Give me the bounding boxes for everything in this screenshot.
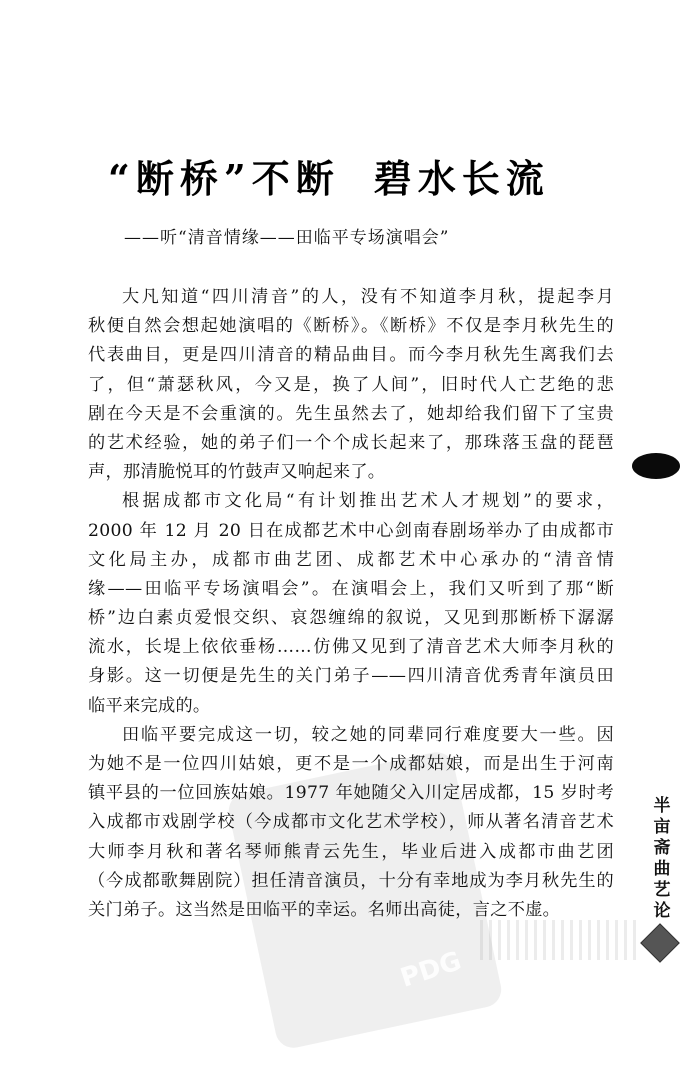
text-line: 为她不是一位四川姑娘，更不是一个成都姑娘，而是出生于河南 — [88, 750, 614, 779]
text-line: 2000 年 12 月 20 日在成都艺术中心剑南春剧场举办了由成都市 — [88, 517, 614, 546]
running-title-char: 论 — [648, 901, 676, 922]
text-line: 大凡知道“四川清音”的人，没有不知道李月秋，提起李月 — [88, 283, 614, 312]
text-line: 声，那清脆悦耳的竹鼓声又响起来了。 — [88, 458, 614, 487]
chapter-tab-marker — [632, 453, 680, 479]
text-line: 镇平县的一位回族姑娘。1977 年她随父入川定居成都，15 岁时考 — [88, 779, 614, 808]
text-line: 了，但“萧瑟秋风，今又是，换了人间”，旧时代人亡艺绝的悲 — [88, 371, 614, 400]
article-subtitle: ——听“清音情缘——田临平专场演唱会” — [124, 223, 449, 248]
text-line: 缘——田临平专场演唱会”。在演唱会上，我们又听到了那“断 — [88, 575, 614, 604]
article-title: “断桥”不断碧水长流 — [108, 148, 568, 203]
text-line: 桥”边白素贞爱恨交织、哀怨缠绵的叙说，又见到那断桥下潺潺 — [88, 604, 614, 633]
text-line: 剧在今天是不会重演的。先生虽然去了，她却给我们留下了宝贵 — [88, 400, 614, 429]
text-line: 的艺术经验，她的弟子们一个个成长起来了，那珠落玉盘的琵琶 — [88, 429, 614, 458]
scan-noise — [480, 920, 640, 960]
text-line: 秋便自然会想起她演唱的《断桥》。《断桥》不仅是李月秋先生的 — [88, 312, 614, 341]
running-title-vertical: 半 亩 斋 曲 艺 论 — [648, 796, 676, 922]
running-title-char: 半 — [648, 796, 676, 817]
text-line: 流水，长堤上依依垂杨……仿佛又见到了清音艺术大师李月秋的 — [88, 633, 614, 662]
text-line: 文化局主办，成都市曲艺团、成都艺术中心承办的“清音情 — [88, 546, 614, 575]
running-title-char: 亩 — [648, 817, 676, 838]
running-title-char: 斋 — [648, 838, 676, 859]
running-title-char: 曲 — [648, 859, 676, 880]
article-body: 大凡知道“四川清音”的人，没有不知道李月秋，提起李月 秋便自然会想起她演唱的《断… — [88, 283, 614, 925]
text-line: 大师李月秋和著名琴师熊青云先生，毕业后进入成都市曲艺团 — [88, 838, 614, 867]
diamond-ornament-icon — [640, 923, 680, 963]
text-line: 身影。这一切便是先生的关门弟子——四川清音优秀青年演员田 — [88, 662, 614, 691]
title-part-1: “断桥”不断 — [108, 156, 340, 201]
text-line: 入成都市戏剧学校（今成都市文化艺术学校），师从著名清音艺术 — [88, 808, 614, 837]
title-part-2: 碧水长流 — [374, 156, 550, 201]
text-line: 代表曲目，更是四川清音的精品曲目。而今李月秋先生离我们去 — [88, 341, 614, 370]
text-line: 临平来完成的。 — [88, 692, 614, 721]
text-line: （今成都歌舞剧院）担任清音演员，十分有幸地成为李月秋先生的 — [88, 867, 614, 896]
text-line: 田临平要完成这一切，较之她的同辈同行难度要大一些。因 — [88, 721, 614, 750]
text-line: 根据成都市文化局“有计划推出艺术人才规划”的要求， — [88, 487, 614, 516]
running-title-char: 艺 — [648, 880, 676, 901]
